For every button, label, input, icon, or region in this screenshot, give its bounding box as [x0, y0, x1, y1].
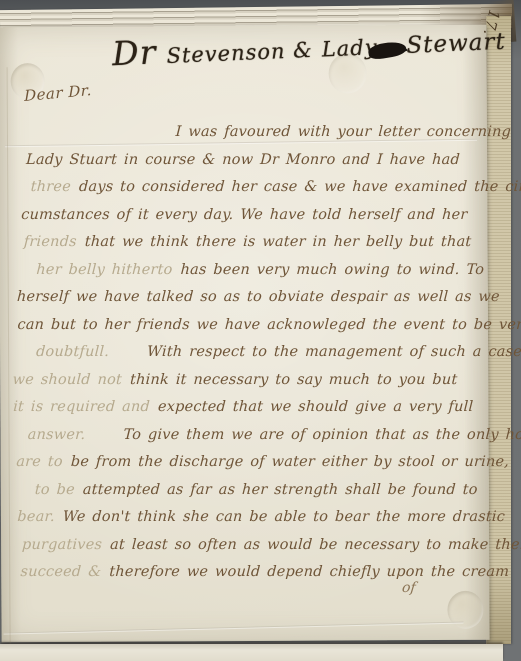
manuscript-scan: DrStevenson &LadyStewart 17. Dear Dr. I … — [0, 0, 521, 661]
letter-line: herself we have talked so as to obviate … — [16, 284, 479, 312]
line-faded-text: to be — [34, 482, 75, 498]
line-text: With respect to the management of such a… — [147, 344, 521, 360]
line-text: attempted as far as her strength shall b… — [82, 482, 478, 498]
line-faded-text: her belly hitherto — [36, 262, 173, 278]
docket-names: Stevenson & — [166, 38, 313, 68]
letter-body: I was favoured with your letter concerni… — [2, 119, 489, 587]
letter-line: purgativesat least so often as would be … — [3, 532, 466, 560]
letter-line: Lady Stuart in course & now Dr Monro and… — [23, 147, 486, 175]
line-text: Lady Stuart in course & now Dr Monro and… — [26, 152, 461, 168]
letter-line: her belly hithertohas been very much owi… — [18, 257, 481, 285]
line-text: think it necessary to say much to you bu… — [130, 372, 458, 388]
line-faded-text: answer. — [27, 427, 86, 443]
page-content: DrStevenson &LadyStewart 17. Dear Dr. I … — [0, 0, 521, 661]
line-faded-text: friends — [23, 234, 77, 250]
line-text: To give them we are of opinion that as t… — [123, 427, 521, 443]
line-text: that we think there is water in her bell… — [84, 234, 471, 250]
line-faded-text: are to — [16, 454, 63, 470]
letter-line: succeed &therefore we would depend chief… — [2, 559, 465, 587]
letter-line: doubtfull.With respect to the management… — [13, 339, 476, 367]
letter-line: can but to her friends we have acknowleg… — [15, 312, 478, 340]
line-text: be from the discharge of water either by… — [70, 454, 509, 470]
line-faded-text: bear. — [17, 509, 55, 525]
line-text: has been very much owing to wind. To — [180, 262, 484, 278]
line-text: I was favoured with your letter concerni… — [175, 124, 511, 140]
salutation: Dear Dr. — [24, 81, 92, 105]
letter-line: bear.We don't think she can be able to b… — [5, 504, 468, 532]
line-text: herself we have talked so as to obviate … — [17, 289, 501, 305]
letter-line: to beattempted as far as her strength sh… — [6, 477, 469, 505]
docket-title: DrStevenson &LadyStewart — [111, 18, 506, 73]
line-faded-text: three — [30, 179, 71, 195]
docket-dr: Dr — [111, 32, 157, 73]
line-text: We don't think she can be able to bear t… — [62, 509, 505, 525]
line-text: cumstances of it every day. We have told… — [21, 207, 468, 223]
line-faded-text: doubtfull. — [36, 344, 110, 360]
line-faded-text: purgatives — [22, 537, 103, 553]
letter-line: threedays to considered her case & we ha… — [22, 174, 485, 202]
letter-line: it is required andexpected that we shoul… — [10, 394, 473, 422]
line-text: at least so often as would be necessary … — [110, 537, 521, 553]
line-text: days to considered her case & we have ex… — [79, 179, 521, 195]
line-faded-text: succeed & — [20, 564, 102, 580]
letter-line: are tobe from the discharge of water eit… — [8, 449, 471, 477]
line-text: therefore we would depend chiefly upon t… — [109, 564, 510, 580]
letter-line: answer.To give them we are of opinion th… — [9, 422, 472, 450]
catchword: of — [401, 580, 416, 596]
letter-line: we should notthink it necessary to say m… — [12, 367, 475, 395]
letter-line: friendsthat we think there is water in h… — [19, 229, 482, 257]
line-faded-text: we should not — [12, 372, 122, 388]
letter-line: I was favoured with your letter concerni… — [25, 119, 488, 147]
line-text: can but to her friends we have acknowleg… — [17, 317, 521, 333]
line-faded-text: it is required and — [13, 399, 151, 415]
letter-line: cumstances of it every day. We have told… — [20, 202, 483, 230]
line-text: expected that we should give a very full — [158, 399, 474, 415]
